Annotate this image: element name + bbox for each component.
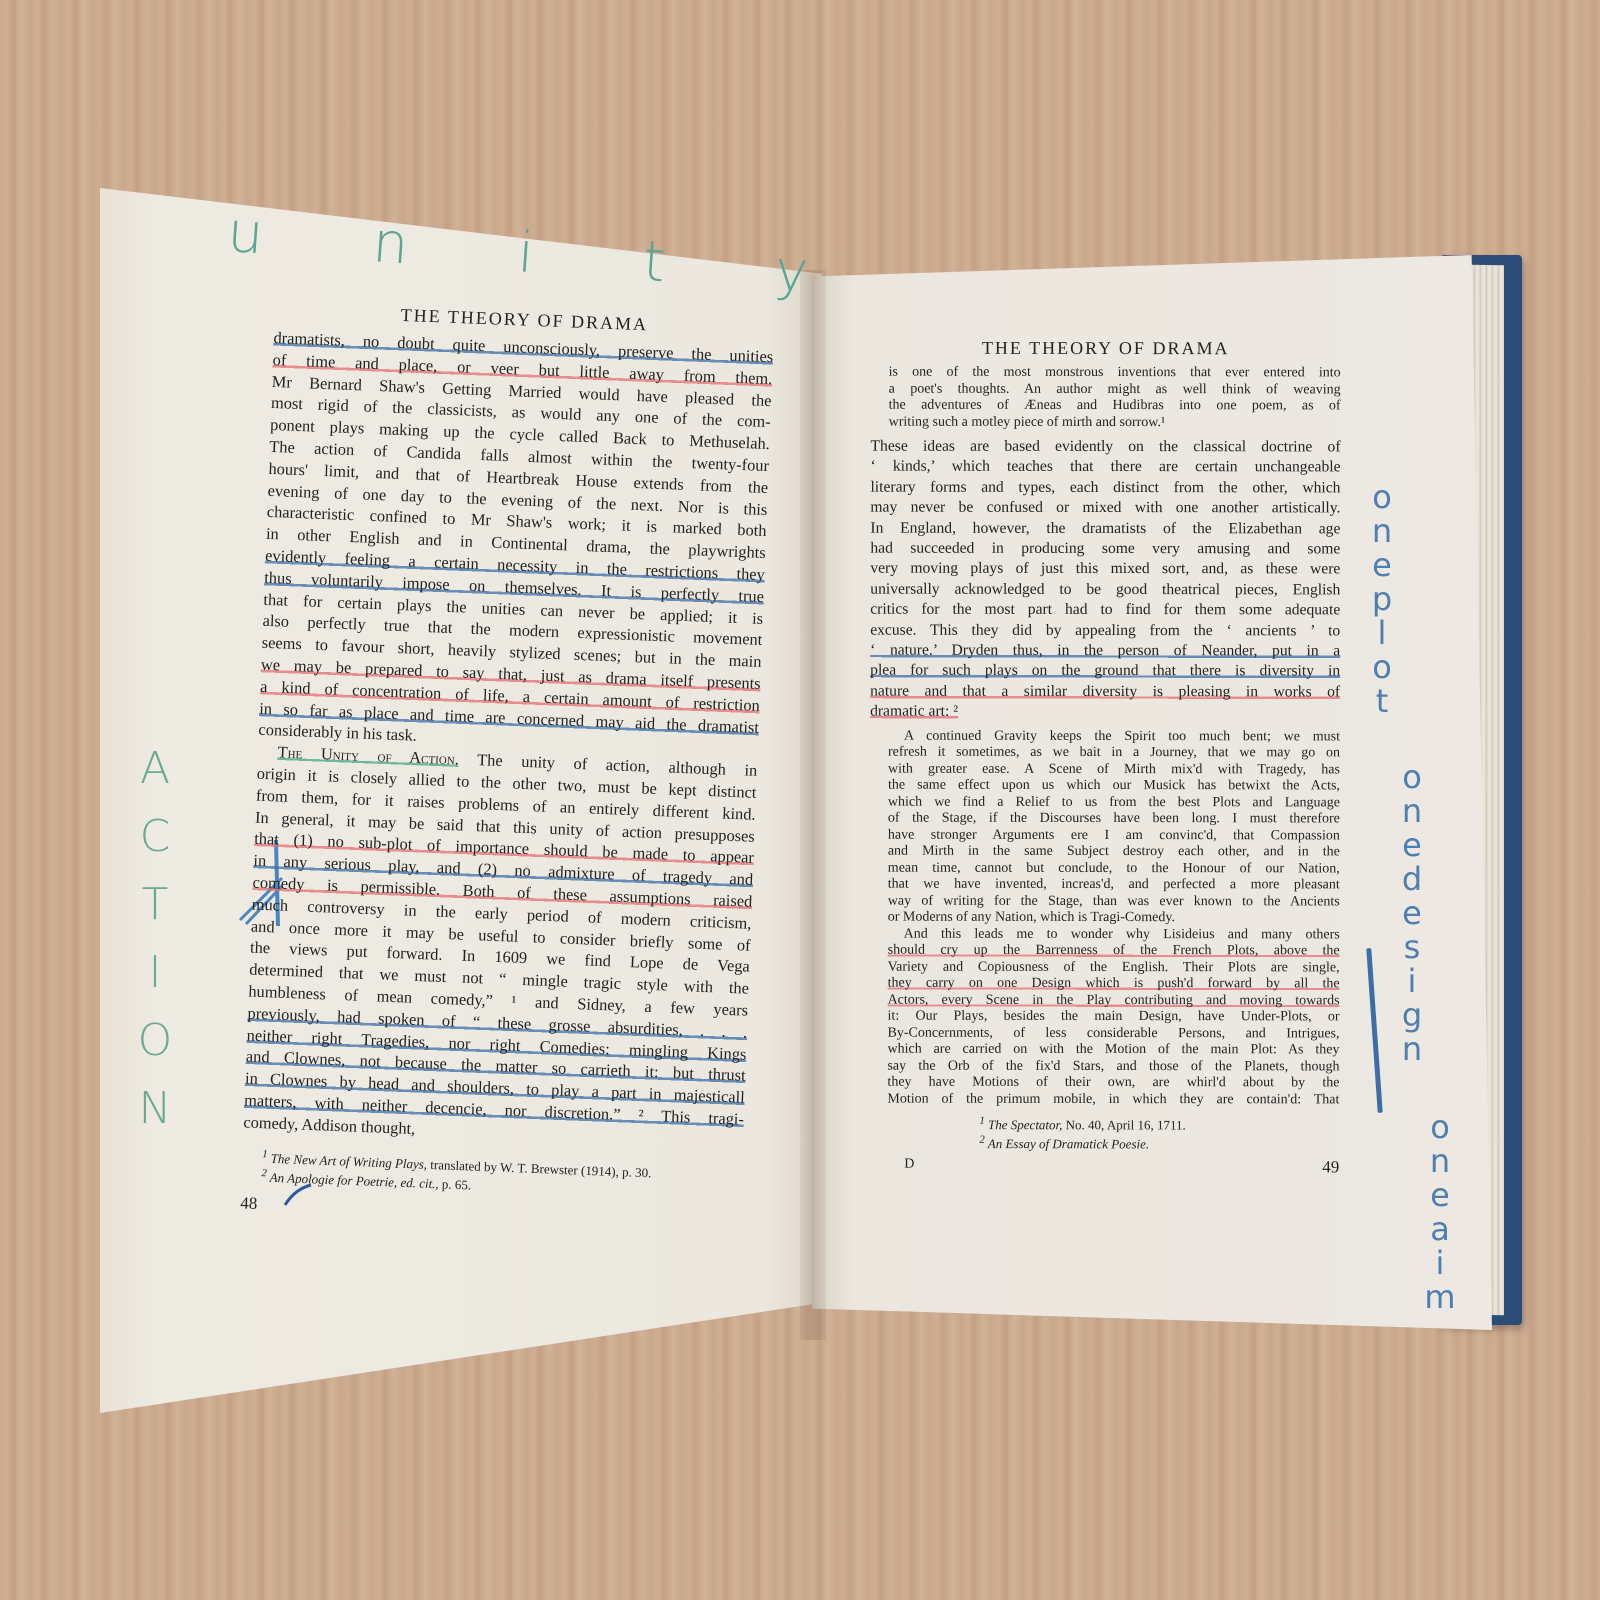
- text-line: Motion of the primum mobile, in which th…: [869, 1091, 1339, 1108]
- text-line: refresh it sometimes, as we bait in a Jo…: [870, 745, 1340, 762]
- text-line: they have Motions of their own, are whir…: [869, 1075, 1339, 1092]
- right-page-text: THE THEORY OF DRAMA is one of the most m…: [869, 338, 1340, 1178]
- text-line: plea for such plays on the ground that t…: [870, 661, 1340, 682]
- text-line: is one of the most monstrous inventions …: [871, 365, 1341, 382]
- text-line: universally acknowledged to be good thea…: [870, 579, 1340, 600]
- text-line: had succeeded in producing some very amu…: [870, 539, 1340, 560]
- text-line: that we have invented, increas'd, and pe…: [870, 877, 1340, 894]
- text-line: may never be confused or mixed with one …: [870, 498, 1340, 519]
- quote-block-1: is one of the most monstrous inventions …: [871, 365, 1341, 432]
- text-line: dramatic art: ²: [870, 702, 1340, 723]
- text-line: which are carried on with the Motion of …: [869, 1042, 1339, 1059]
- handwritten-one-aim-note: oneaim: [1420, 1110, 1460, 1314]
- text-line: say the Orb of the fix'd Stars, and thos…: [869, 1058, 1339, 1075]
- text-line: very moving plays of just this mixed sor…: [870, 559, 1340, 580]
- left-body: dramatists, no doubt quite unconsciously…: [243, 327, 774, 1152]
- text-line: a poet's thoughts. An author might as we…: [871, 381, 1341, 398]
- right-footnotes: 1 The Spectator, No. 40, April 16, 1711.…: [869, 1114, 1339, 1151]
- text-line: And this leads me to wonder why Lisideiu…: [870, 926, 1340, 943]
- right-page-footer: D 49: [869, 1156, 1339, 1177]
- text-line: it: Our Plays, besides the main Design, …: [870, 1009, 1340, 1026]
- handwritten-action-note: ACTION: [130, 735, 180, 1143]
- text-line: Variety and Copiousness of the English. …: [870, 959, 1340, 976]
- right-body: These ideas are based evidently on the c…: [870, 437, 1340, 724]
- text-line: In England, however, the dramatists of t…: [870, 518, 1340, 539]
- text-line: with greater ease. A Scene of Mirth mix'…: [870, 761, 1340, 778]
- text-line: ‘ kinds,’ which teaches that there are c…: [870, 457, 1340, 478]
- text-line: of the Stage, if the Discourses have bee…: [870, 811, 1340, 828]
- text-line: These ideas are based evidently on the c…: [871, 437, 1341, 458]
- text-line: they carry on one Design which is push'd…: [870, 976, 1340, 993]
- text-line: and Mirth in the same Subject destroy ea…: [870, 844, 1340, 861]
- right-page-number: 49: [1322, 1157, 1339, 1177]
- text-line: which we find a Relief to us from the be…: [870, 794, 1340, 811]
- footnote: 2 An Essay of Dramatick Poesie.: [979, 1132, 1339, 1151]
- text-line: Actors, every Scene in the Play contribu…: [870, 992, 1340, 1009]
- text-line: have stronger Arguments ere I am convinc…: [870, 827, 1340, 844]
- text-line: writing such a motley piece of mirth and…: [871, 414, 1341, 431]
- text-line: the same effect upon us which our Musick…: [870, 778, 1340, 795]
- text-line: excuse. This they did by appealing from …: [870, 620, 1340, 641]
- handwritten-one-design-note: onedesign: [1392, 760, 1432, 1066]
- signature-mark: D: [869, 1156, 914, 1176]
- book-gutter: [800, 270, 826, 1340]
- text-line: should cry up the Barrenness of the Fren…: [870, 943, 1340, 960]
- handwritten-one-plot-note: oneplot: [1362, 480, 1402, 718]
- left-page-text: THE THEORY OF DRAMA dramatists, no doubt…: [240, 300, 775, 1233]
- left-footnotes: 1 The New Art of Writing Plays, translat…: [241, 1147, 742, 1203]
- text-line: ‘ nature.’ Dryden thus, in the person of…: [870, 641, 1340, 662]
- text-line: By-Concernments, of less considerable Pe…: [870, 1025, 1340, 1042]
- footnote: 1 The Spectator, No. 40, April 16, 1711.: [979, 1114, 1339, 1133]
- quote-block-2: A continued Gravity keeps the Spirit too…: [869, 728, 1340, 1108]
- text-line: mean time, cannot but conclude, to the H…: [870, 860, 1340, 877]
- text-line: A continued Gravity keeps the Spirit too…: [870, 728, 1340, 745]
- text-line: nature and that a similar diversity is p…: [870, 681, 1340, 702]
- text-line: or Moderns of any Nation, which is Tragi…: [870, 910, 1340, 927]
- text-line: way of writing for the Stage, than was e…: [870, 893, 1340, 910]
- text-line: critics for the most part had to find fo…: [870, 600, 1340, 621]
- right-running-head: THE THEORY OF DRAMA: [871, 338, 1341, 360]
- text-line: literary forms and types, each distinct …: [870, 477, 1340, 498]
- text-line: the adventures of Æneas and Hudibras int…: [871, 398, 1341, 415]
